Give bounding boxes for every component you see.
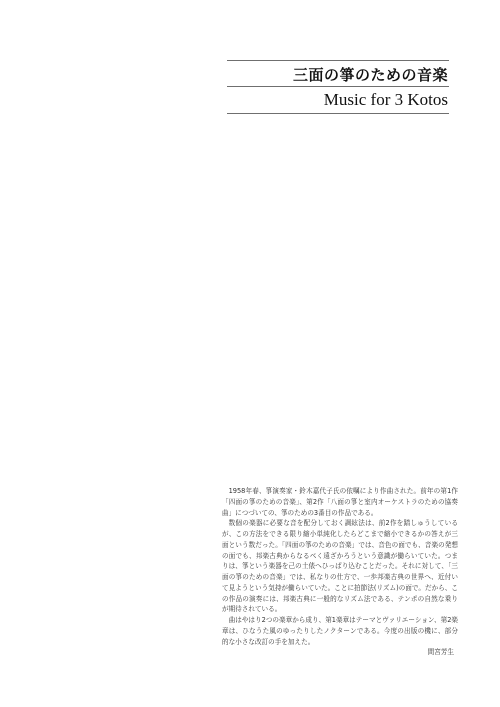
bottom-rule [227, 113, 449, 114]
program-notes: 1958年春、箏演奏家・鈴木嘉代子氏の依嘱により作曲された。前年の第1作「四面の… [222, 486, 458, 658]
author-signature: 間宮芳生 [222, 647, 454, 658]
title-japanese: 三面の箏のための音楽 [293, 64, 448, 85]
title-english: Music for 3 Kotos [324, 90, 448, 110]
notes-paragraph-1: 1958年春、箏演奏家・鈴木嘉代子氏の依嘱により作曲された。前年の第1作「四面の… [222, 486, 458, 518]
middle-rule [227, 86, 449, 87]
notes-paragraph-2: 数個の楽器に必要な音を配分しておく調絃法は、前2作を踏しゅうしているが、この方法… [222, 518, 458, 615]
top-rule [227, 60, 449, 61]
notes-paragraph-3: 曲はやはり2つの楽章から成り、第1楽章はテーマとヴァリエーション、第2楽章は、ひ… [222, 615, 458, 647]
